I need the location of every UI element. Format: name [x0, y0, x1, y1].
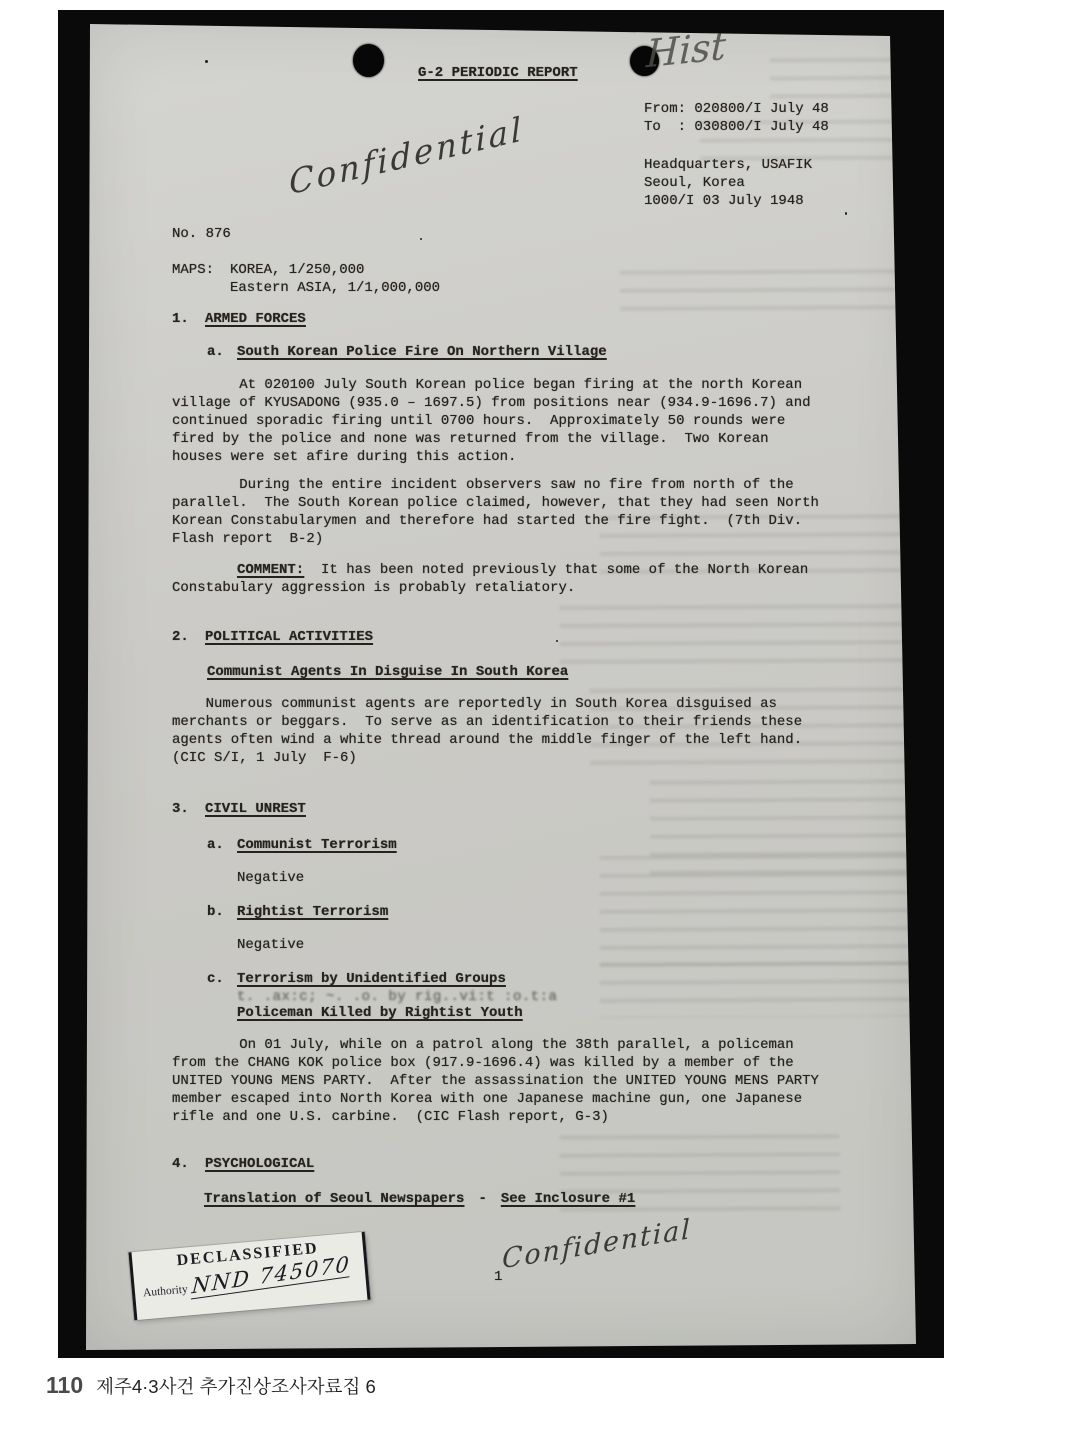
section-1-paragraph-2: During the entire incident observers saw… — [172, 476, 862, 548]
stamp-authority-label: Authority — [143, 1283, 189, 1299]
section-3b-value: Negative — [237, 936, 304, 954]
bleed-through-text — [560, 604, 930, 676]
section-2-title: POLITICAL ACTIVITIES — [205, 629, 373, 645]
handwritten-hist-note: Hist — [645, 24, 726, 77]
section-3b-heading: b.Rightist Terrorism — [207, 903, 388, 921]
section-3a-title: Communist Terrorism — [237, 837, 397, 853]
section-2-subtitle: Communist Agents In Disguise In South Ko… — [207, 663, 568, 681]
maps-block: MAPS:KOREA, 1/250,000 Eastern ASIA, 1/1,… — [172, 261, 440, 297]
comment-label: COMMENT: — [237, 562, 304, 578]
hole-punch-icon — [353, 44, 384, 77]
report-issuer: Headquarters, USAFIK Seoul, Korea 1000/I… — [644, 156, 812, 210]
section-2-paragraph: Numerous communist agents are reportedly… — [172, 695, 862, 767]
section-3-paragraph: On 01 July, while on a patrol along the … — [172, 1036, 862, 1126]
section-1-title: ARMED FORCES — [205, 311, 306, 327]
scan-background: Hist Confidential G-2 PERIODIC REPORT Fr… — [58, 10, 944, 1358]
section-3c-title: Terrorism by Unidentified Groups — [237, 971, 506, 987]
section-2-heading: 2.POLITICAL ACTIVITIES — [172, 628, 373, 646]
bleed-through-text — [600, 854, 931, 966]
report-title: G-2 PERIODIC REPORT — [418, 64, 578, 82]
section-3a-letter: a. — [207, 836, 237, 854]
section-3-number: 3. — [172, 800, 205, 818]
bleed-through-text — [600, 961, 930, 1018]
maps-label: MAPS: — [172, 261, 230, 279]
maps-list: KOREA, 1/250,000 Eastern ASIA, 1/1,000,0… — [230, 261, 440, 297]
dust-speck — [205, 60, 208, 63]
section-3-title: CIVIL UNREST — [205, 801, 306, 817]
section-3b-letter: b. — [207, 903, 237, 921]
section-1a-heading: a.South Korean Police Fire On Northern V… — [207, 343, 607, 361]
section-3-heading: 3.CIVIL UNREST — [172, 800, 306, 818]
declassified-stamp: DECLASSIFIED Authority NND 745070 — [128, 1232, 370, 1320]
handwritten-confidential-bottom: Confidential — [502, 1214, 692, 1275]
section-4-number: 4. — [172, 1155, 205, 1173]
book-page: Hist Confidential G-2 PERIODIC REPORT Fr… — [0, 0, 1080, 1439]
section-1-paragraph-1: At 020100 July South Korean police began… — [172, 376, 862, 466]
bleed-through-text — [620, 269, 910, 321]
section-4-heading: 4.PSYCHOLOGICAL — [172, 1155, 314, 1173]
section-1a-title: South Korean Police Fire On Northern Vil… — [237, 344, 607, 360]
section-3a-heading: a.Communist Terrorism — [207, 836, 397, 854]
section-3c-heading: c.Terrorism by Unidentified Groups — [207, 970, 506, 988]
section-1-heading: 1.ARMED FORCES — [172, 310, 306, 328]
dust-speck — [556, 640, 558, 642]
handwritten-confidential-top: Confidential — [288, 109, 525, 203]
book-page-number: 110 — [46, 1372, 83, 1399]
section-2-number: 2. — [172, 628, 205, 646]
book-caption-title: 제주4·3사건 추가진상조사자료집 6 — [96, 1373, 376, 1399]
section-3c-subtitle: Policeman Killed by Rightist Youth — [237, 1004, 523, 1022]
report-number: No. 876 — [172, 225, 231, 243]
book-caption: 110 제주4·3사건 추가진상조사자료집 6 — [46, 1372, 376, 1399]
document-page: Hist Confidential G-2 PERIODIC REPORT Fr… — [86, 24, 918, 1350]
section-3b-title: Rightist Terrorism — [237, 904, 388, 920]
bleed-through-text — [770, 58, 930, 99]
section-4-title: PSYCHOLOGICAL — [205, 1156, 314, 1172]
section-1a-letter: a. — [207, 343, 237, 361]
section-1-number: 1. — [172, 310, 205, 328]
report-period: From: 020800/I July 48 To : 030800/I Jul… — [644, 100, 829, 136]
section-4-line-dash: - — [464, 1191, 500, 1207]
section-3c-letter: c. — [207, 970, 237, 988]
section-3a-value: Negative — [237, 869, 304, 887]
section-1-comment: COMMENT: It has been noted previously th… — [172, 561, 862, 597]
dust-speck — [845, 212, 847, 215]
dust-speck — [420, 238, 422, 240]
section-4-line: Translation of Seoul Newspapers-See Incl… — [204, 1190, 635, 1208]
section-4-line-left: Translation of Seoul Newspapers — [204, 1191, 464, 1207]
section-4-line-right: See Inclosure #1 — [501, 1191, 635, 1207]
